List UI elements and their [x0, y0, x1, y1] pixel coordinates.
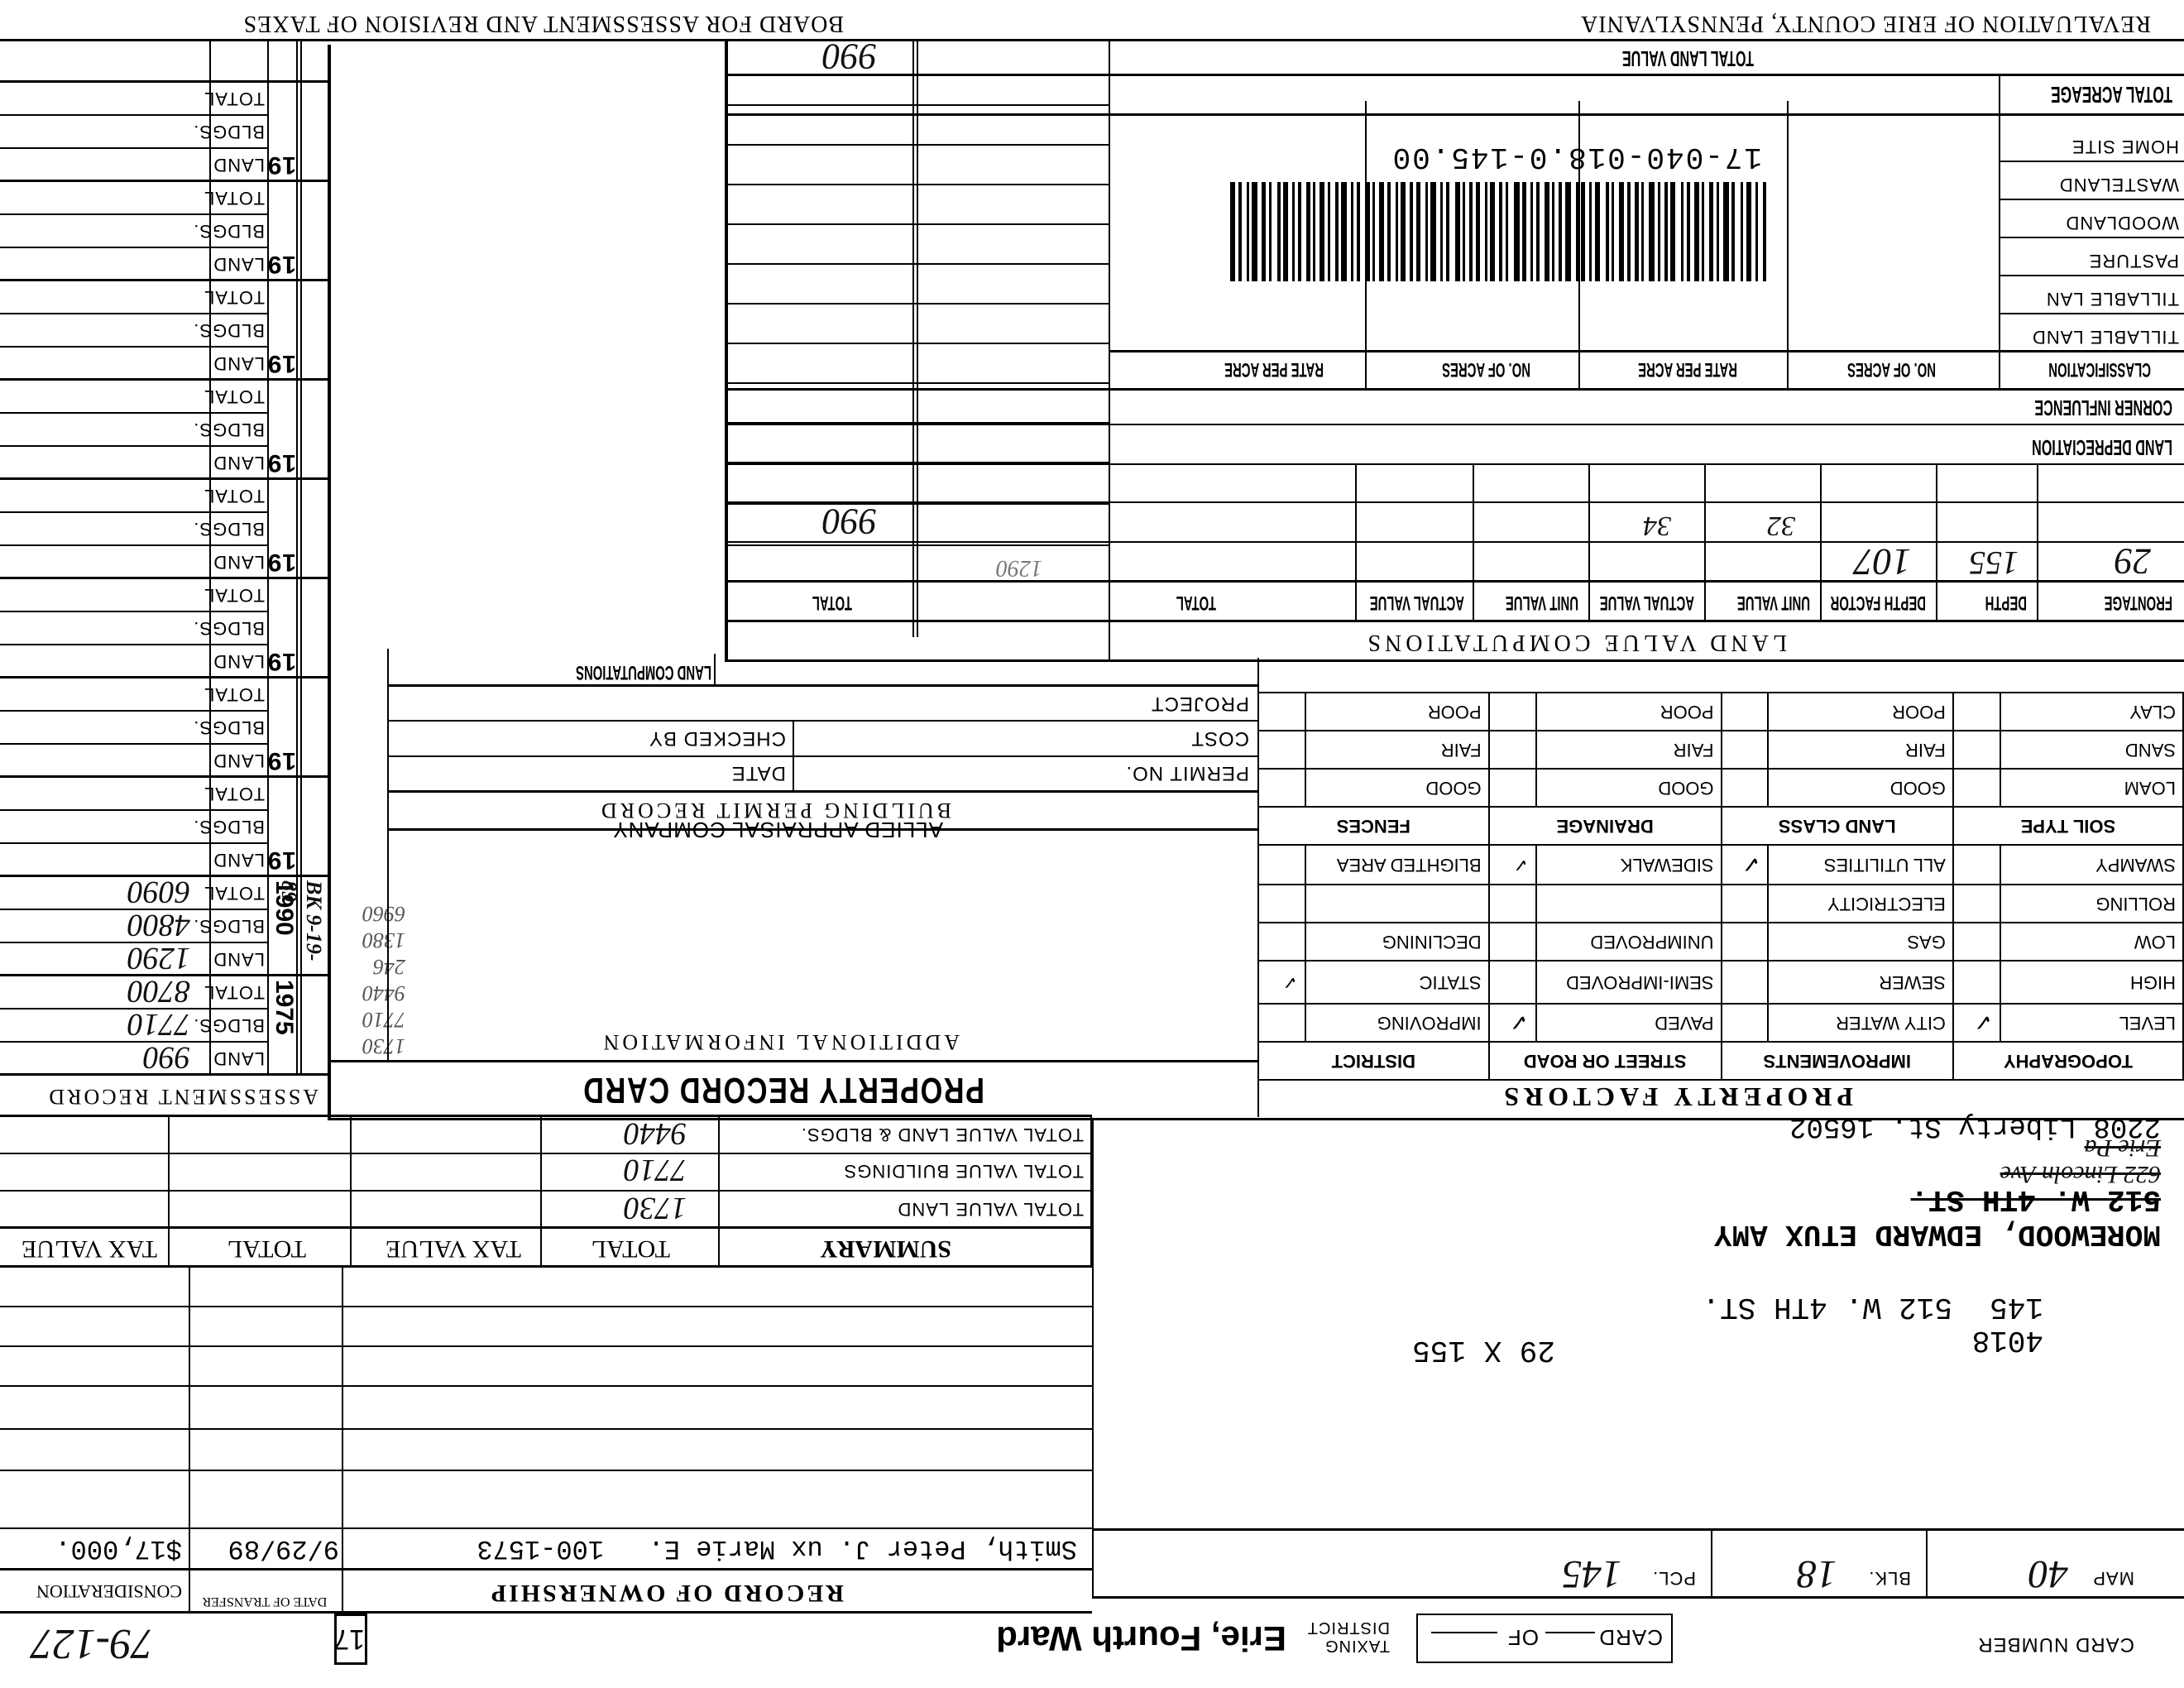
card-blank [1545, 1632, 1595, 1633]
check-all-utilities[interactable]: ✓ [1722, 845, 1769, 885]
summary-total-header: TOTAL [591, 1235, 670, 1263]
check-city-water[interactable] [1722, 1004, 1769, 1042]
actual-value: 34 [1643, 510, 1671, 541]
card-label: CARD [1598, 1624, 1663, 1650]
stamp-number-box: 17 [334, 1614, 367, 1665]
land-computations-label: LAND COMPUTATIONS [576, 660, 711, 683]
blk-label: BLK. [1868, 1567, 1911, 1589]
corner-influence-label: CORNER INFLUENCE [2034, 395, 2172, 420]
check-sewer[interactable] [1722, 961, 1769, 1004]
permit-project-label: PROJECT [1151, 692, 1249, 715]
check-swampy[interactable] [1953, 845, 2000, 885]
handwritten-reference: 79-127 [31, 1619, 153, 1668]
property-record-card: CARD NUMBER CARD OF TAXING DISTRICT Erie… [0, 0, 2184, 1688]
assessment-year: 1975 [270, 980, 298, 1072]
summary-total-header-2: TOTAL [227, 1235, 306, 1263]
parcel-code: 4018 [1972, 1323, 2043, 1357]
map-label: MAP [2092, 1567, 2134, 1589]
barcode-number: 17-040-018.0-145.00 [1391, 140, 1762, 174]
summary-land-label: TOTAL VALUE LAND [898, 1198, 1084, 1220]
permit-no-label: PERMIT NO. [1125, 761, 1249, 784]
summary-land-total: 1730 [624, 1190, 687, 1226]
assessment-empty-blocks: 19 LAND BLDGS. TOTAL 19 LAND BLDGS. TOTA… [0, 41, 331, 877]
land-computations-rows [728, 41, 1109, 654]
check-electricity[interactable] [1722, 885, 1769, 923]
check-high[interactable] [1953, 961, 2000, 1004]
old-address-2: 622 Lincoln Ave [2000, 1160, 2161, 1188]
summary-title: SUMMARY [820, 1235, 951, 1263]
check-low[interactable] [1953, 923, 2000, 961]
of-label: OF [1507, 1624, 1539, 1650]
owner-name: MOREWOOD, EDWARD ETUX AMY [1714, 1217, 2161, 1251]
property-factors-title: PROPERTY FACTORS [1499, 1081, 1853, 1112]
class-tillable-lan: TILLABLE LAN [2046, 288, 2179, 309]
class-tillable-land: TILLABLE LAND [2032, 326, 2179, 348]
county-title: REVALUATION OF ERIE COUNTY, PENNSYLVANIA [1580, 10, 2151, 36]
summary-land-bldgs-total: 9440 [624, 1115, 687, 1152]
total-acreage-label: TOTAL ACREAGE [2051, 81, 2172, 108]
pcl-label: PCL. [1652, 1567, 1696, 1589]
date-of-transfer-header: DATE OF TRANSFER [199, 1594, 331, 1609]
ownership-title: RECORD OF OWNERSHIP [489, 1579, 844, 1607]
land-depreciation-label: LAND DEPRECIATION [2032, 434, 2172, 460]
assessment-side-note: BK 9-19-89 [276, 880, 326, 973]
permit-date-label: DATE [731, 761, 786, 784]
barcode [1104, 182, 1766, 281]
parcel-number: 145 [1990, 1290, 2043, 1324]
pcl-value: 145 [1562, 1551, 1621, 1597]
depth-value: 155 [1969, 544, 2019, 583]
consideration-header: CONSIDERATION [36, 1580, 182, 1602]
card-title: PROPERTY RECORD CARD [582, 1069, 984, 1110]
unit-value: 32 [1767, 510, 1795, 541]
permit-checked-by-label: CHECKED BY [649, 727, 786, 750]
additional-info-title: ADDITIONAL INFORMATION [601, 1029, 960, 1054]
check-paved[interactable]: ✓ [1489, 1004, 1536, 1042]
check-sidewalk[interactable]: ✓ [1489, 845, 1536, 885]
current-address: 2208 Liberty St. 16502 [1789, 1110, 2161, 1142]
summary-buildings-label: TOTAL VALUE BUILDINGS [844, 1160, 1084, 1182]
dimensions: 29 X 155 [1412, 1333, 1555, 1367]
check-static[interactable]: ✓ [1258, 961, 1305, 1004]
board-title: BOARD FOR ASSESSMENT AND REVISION OF TAX… [243, 10, 844, 36]
card-of-box: CARD OF [1416, 1614, 1673, 1663]
card-number-label: CARD NUMBER [2019, 1633, 2134, 1655]
check-blighted-area[interactable] [1258, 845, 1305, 885]
taxing-district-value: Erie, Fourth Ward [996, 1618, 1286, 1658]
frontage-value: 29 [2115, 540, 2151, 583]
of-blank [1431, 1632, 1497, 1633]
land-value-title: LAND VALUE COMPUTATIONS [1363, 629, 1787, 655]
permit-cost-label: COST [1190, 727, 1249, 750]
blk-value: 18 [1797, 1551, 1837, 1597]
check-rolling[interactable] [1953, 885, 2000, 923]
building-permit-title: BUILDING PERMIT RECORD [598, 798, 951, 822]
property-factors-table: TOPOGRAPHY IMPROVEMENTS STREET OR ROAD D… [1257, 692, 2184, 1081]
summary-buildings-total: 7710 [624, 1152, 687, 1188]
assessment-block-1975: 1975 LAND 990 BLDGS. 7710 TOTAL 8700 [0, 976, 331, 1076]
check-unimproved[interactable] [1489, 923, 1536, 961]
ownership-row: Smith, Peter J. ux Marie E. 100-1573 9/2… [0, 1527, 1092, 1571]
additional-notes: 1730 7710 9440 246 1380 6960 [339, 900, 405, 1059]
check-declining[interactable] [1258, 923, 1305, 961]
depth-factor-value: 107 [1854, 540, 1911, 584]
class-woodland: WOODLAND [2065, 212, 2179, 233]
class-home-site: HOME SITE [2071, 136, 2179, 157]
check-gas[interactable] [1722, 923, 1769, 961]
total-land-value-label: TOTAL LAND VALUE [1622, 46, 1754, 71]
taxing-district-label: TAXING DISTRICT [1307, 1618, 1390, 1655]
summary-tax-value-header-2: TAX VALUE [22, 1235, 157, 1263]
class-wasteland: WASTELAND [2059, 174, 2179, 195]
class-pasture: PASTURE [2089, 250, 2179, 271]
summary-tax-value-header: TAX VALUE [386, 1235, 521, 1263]
assessment-record-title: ASSESSMENT RECORD [46, 1084, 318, 1109]
check-level[interactable]: ✓ [1953, 1004, 2000, 1042]
map-value: 40 [2028, 1551, 2068, 1597]
summary-land-bldgs-label: TOTAL VALUE LAND & BLDGS. [801, 1124, 1084, 1145]
check-semi-improved[interactable] [1489, 961, 1536, 1004]
assessment-block-1990: 1990 BK 9-19-89 LAND 1290 BLDGS. 4800 TO… [0, 877, 331, 976]
classification-headers: CLASSIFICATION NO. OF ACRES RATE PER ACR… [1109, 352, 2184, 389]
check-improving[interactable] [1258, 1004, 1305, 1042]
property-address: 512 W. 4TH ST. [1703, 1290, 1952, 1324]
